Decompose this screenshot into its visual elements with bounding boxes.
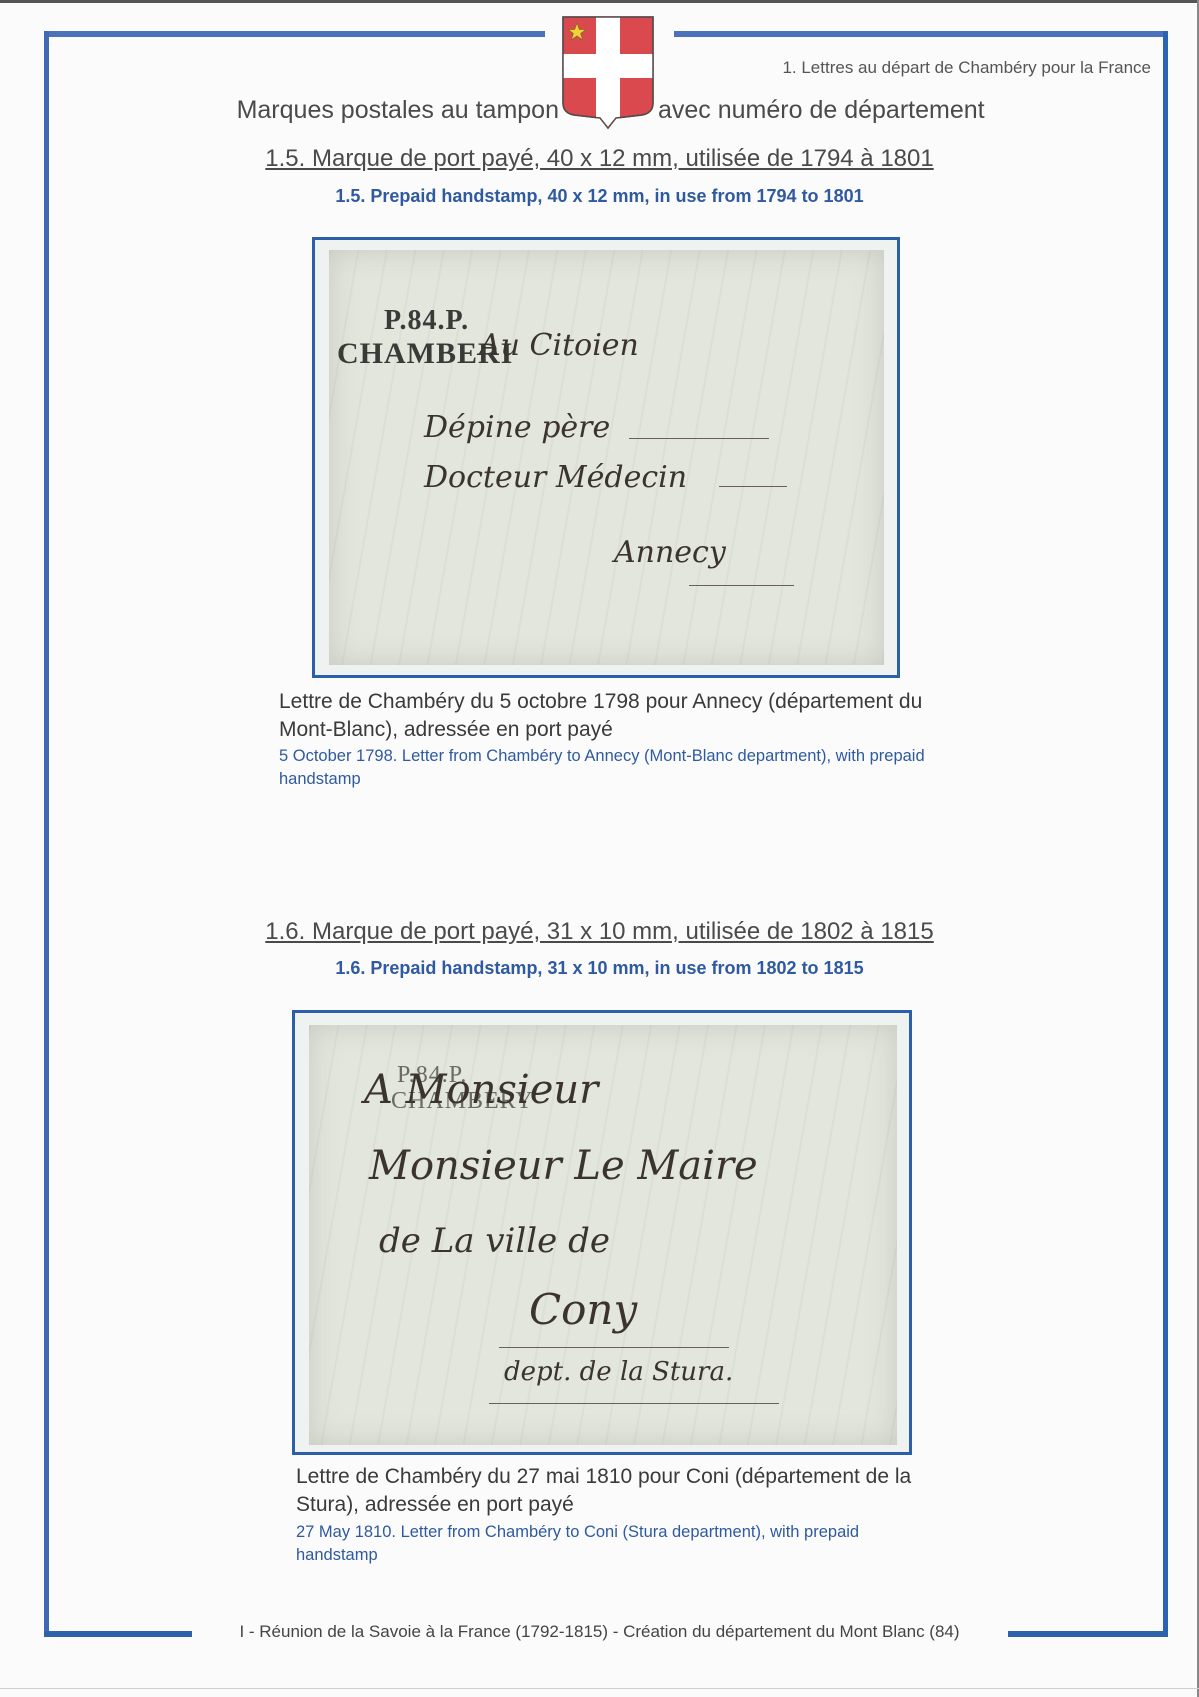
page-title-right: avec numéro de département	[658, 96, 985, 125]
underline-rule	[489, 1403, 779, 1404]
letter-1-6-paper: P.84.P. CHAMBERY A Monsieur Monsieur Le …	[309, 1025, 897, 1445]
frame-top-right	[674, 31, 1168, 37]
section-label: 1. Lettres au départ de Chambéry pour la…	[782, 58, 1151, 78]
letter-1-5-caption-fr: Lettre de Chambéry du 5 octobre 1798 pou…	[279, 688, 949, 744]
address-line: Cony	[529, 1285, 637, 1334]
page-title-left: Marques postales au tampon	[237, 96, 559, 125]
page-footer: I - Réunion de la Savoie à la France (17…	[0, 1622, 1199, 1642]
address-line: Au Citoien	[479, 328, 639, 363]
section-1-5-subtitle: 1.5. Prepaid handstamp, 40 x 12 mm, in u…	[0, 186, 1199, 207]
frame-right	[1163, 31, 1168, 1636]
letter-1-6-caption-en: 27 May 1810. Letter from Chambéry to Con…	[296, 1521, 936, 1567]
letter-1-6-caption-fr: Lettre de Chambéry du 27 mai 1810 pour C…	[296, 1463, 936, 1519]
flourish-line	[719, 486, 787, 487]
section-1-6-title: 1.6. Marque de port payé, 31 x 10 mm, ut…	[0, 918, 1199, 946]
address-line: Dépine père	[424, 410, 610, 445]
address-line: Annecy	[614, 535, 726, 570]
letter-1-5-caption-en: 5 October 1798. Letter from Chambéry to …	[279, 745, 949, 791]
section-1-6-subtitle: 1.6. Prepaid handstamp, 31 x 10 mm, in u…	[0, 958, 1199, 979]
frame-left	[44, 31, 49, 1636]
address-line: A Monsieur	[364, 1067, 598, 1113]
savoy-cross-shield-icon	[560, 15, 656, 131]
flourish-line	[629, 438, 769, 439]
letter-1-5-image: P.84.P. CHAMBERI Au Citoien Dépine père …	[312, 237, 900, 678]
handstamp-line1: P.84.P.	[384, 306, 469, 335]
scan-edge-top	[0, 0, 1199, 3]
scan-edge-bottom	[0, 1688, 1199, 1689]
address-line: dept. de la Stura.	[504, 1357, 733, 1387]
address-line: Monsieur Le Maire	[369, 1143, 758, 1189]
section-1-5-title: 1.5. Marque de port payé, 40 x 12 mm, ut…	[0, 145, 1199, 173]
letter-1-6-image: P.84.P. CHAMBERY A Monsieur Monsieur Le …	[292, 1010, 912, 1455]
flourish-line	[689, 585, 794, 586]
letter-1-5-paper: P.84.P. CHAMBERI Au Citoien Dépine père …	[329, 250, 884, 665]
frame-top-left	[47, 31, 545, 37]
address-line: Docteur Médecin	[424, 460, 687, 495]
address-line: de La ville de	[379, 1221, 610, 1261]
underline-rule	[499, 1347, 729, 1348]
